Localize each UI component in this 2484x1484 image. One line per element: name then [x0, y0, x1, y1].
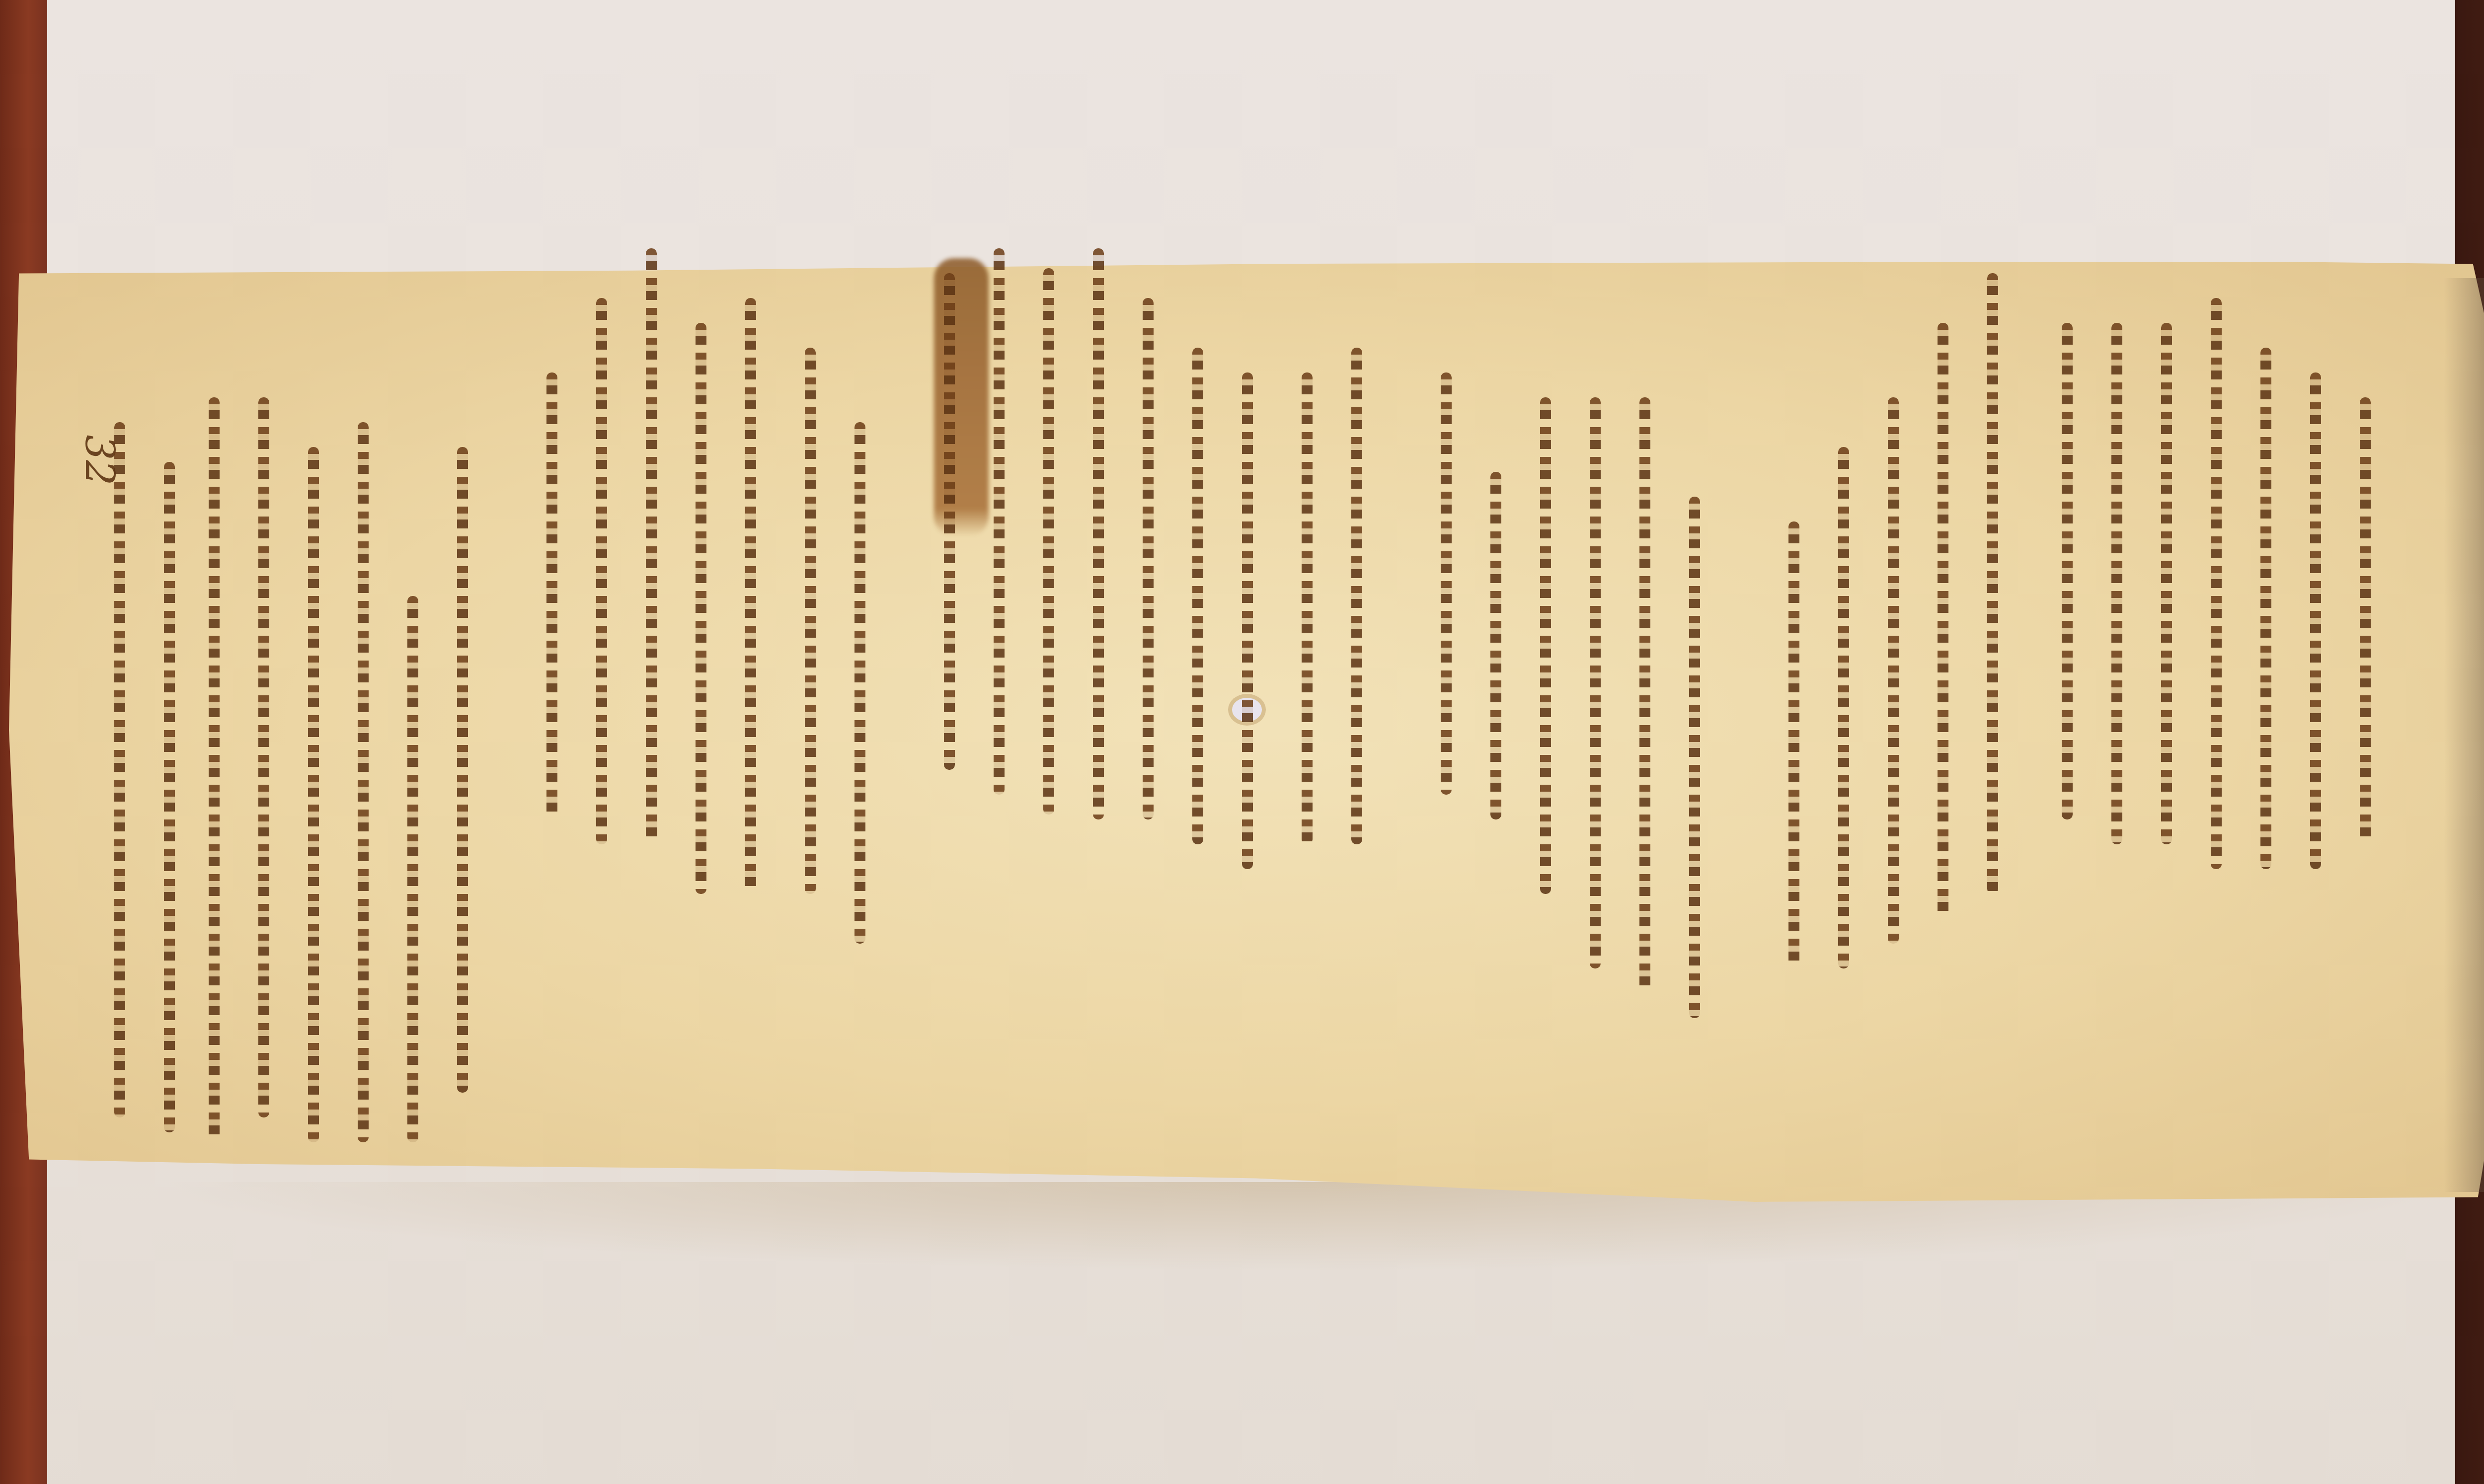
handwritten-line [164, 462, 175, 1132]
ink-stain [934, 258, 989, 536]
handwritten-line [1888, 397, 1899, 944]
handwritten-line [1788, 521, 1799, 968]
handwritten-line [596, 298, 607, 844]
handwritten-line [2310, 372, 2321, 869]
handwritten-line [854, 422, 865, 944]
handwritten-line [1639, 397, 1650, 993]
handwritten-line [1143, 298, 1154, 819]
handwritten-line [1192, 348, 1203, 844]
handwritten-line [1242, 372, 1253, 869]
handwritten-line [1838, 447, 1849, 968]
handwritten-line [1043, 268, 1054, 815]
worn-edge [2444, 278, 2484, 1192]
handwritten-line [1302, 372, 1313, 844]
handwritten-line [994, 248, 1005, 795]
handwritten-line [1938, 323, 1948, 919]
handwritten-line [1490, 472, 1501, 819]
handwritten-line [944, 273, 955, 770]
handwritten-line [696, 323, 706, 894]
handwritten-line [407, 596, 418, 1142]
handwritten-line [646, 248, 657, 844]
handwritten-line [2211, 298, 2222, 869]
handwritten-line [1689, 497, 1700, 1018]
handwritten-line [2111, 323, 2122, 844]
handwritten-line [745, 298, 756, 894]
handwritten-line [1441, 372, 1452, 795]
handwritten-line [308, 447, 319, 1142]
handwritten-line [114, 422, 125, 1117]
handwritten-line [2062, 323, 2073, 819]
handwritten-line [2260, 348, 2271, 869]
handwritten-line [209, 397, 220, 1142]
handwritten-line [1093, 248, 1104, 819]
handwritten-line [805, 348, 816, 894]
handwritten-line [2161, 323, 2172, 844]
handwritten-line [1987, 273, 1998, 894]
handwritten-line [1351, 348, 1362, 844]
handwritten-line [358, 422, 369, 1142]
handwritten-line [1590, 397, 1601, 968]
handwritten-line [457, 447, 468, 1093]
handwritten-line [2360, 397, 2371, 844]
handwritten-line [258, 397, 269, 1117]
handwritten-line [546, 372, 557, 819]
handwritten-line [1540, 397, 1551, 894]
